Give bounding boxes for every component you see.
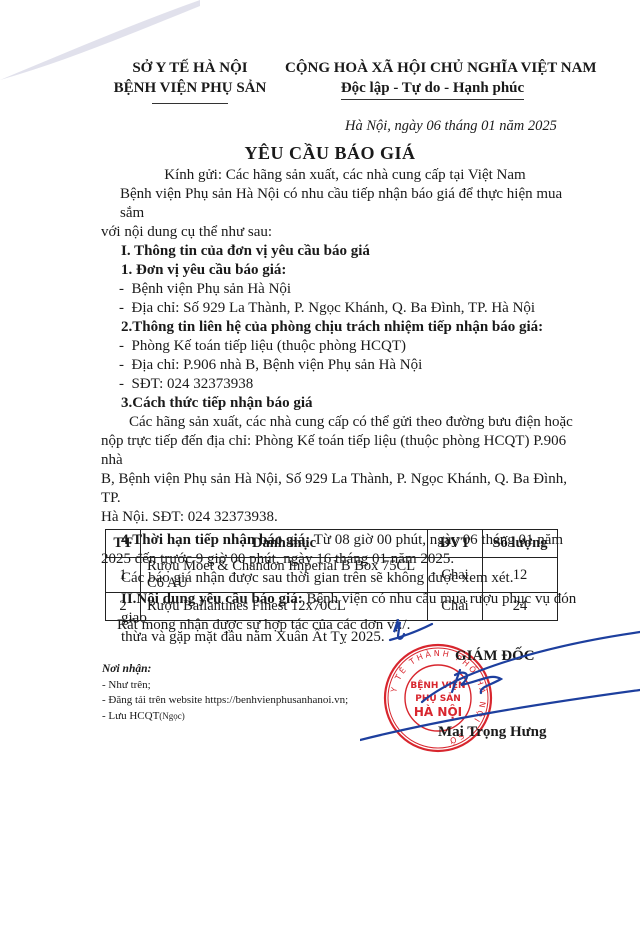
- table-row: 1 Rượu Moet & Chandon Imperial B Box 75C…: [106, 558, 558, 593]
- column-header-item: Danh mục: [141, 530, 428, 558]
- paragraph-line: nộp trực tiếp đến địa chỉ: Phòng Kế toán…: [101, 432, 579, 470]
- table-header-row: TT Danh mục ĐVT Số lượng: [106, 530, 558, 558]
- column-header-quantity: Số lượng: [483, 530, 558, 558]
- recipients-heading: Nơi nhận:: [102, 662, 348, 678]
- national-title: CỘNG HOÀ XÃ HỘI CHỦ NGHĨA VIỆT NAM: [285, 58, 580, 78]
- paragraph-line: Các hãng sản xuất, các nhà cung cấp có t…: [101, 413, 579, 432]
- intro-line: với nội dung cụ thể như sau:: [101, 223, 579, 242]
- recipients-block: Nơi nhận: - Như trên; - Đăng tải trên we…: [102, 662, 348, 724]
- document-title: YÊU CẦU BÁO GIÁ: [100, 143, 560, 164]
- signer-name: Mai Trọng Hưng: [438, 724, 546, 741]
- column-header-unit: ĐVT: [428, 530, 483, 558]
- cell-quantity: 12: [483, 558, 558, 593]
- subsection-1-heading: 1. Đơn vị yêu cầu báo giá:: [101, 261, 579, 280]
- paragraph-line: Hà Nội. SĐT: 024 32373938.: [101, 508, 579, 527]
- cell-unit: Chai: [428, 593, 483, 621]
- national-motto: Độc lập - Tự do - Hạnh phúc: [341, 78, 524, 100]
- svg-text:PHỤ SẢN: PHỤ SẢN: [415, 692, 461, 704]
- closing-line: Rất mong nhận được sự hợp tác của các đơ…: [117, 617, 410, 634]
- svg-text:BỆNH VIỆN: BỆNH VIỆN: [410, 680, 465, 691]
- issuer-hospital: BỆNH VIỆN PHỤ SẢN: [90, 78, 290, 98]
- column-header-tt: TT: [106, 530, 141, 558]
- list-item: - SĐT: 024 32373938: [101, 375, 579, 394]
- cell-unit: Chai: [428, 558, 483, 593]
- document-date: Hà Nội, ngày 06 tháng 01 năm 2025: [345, 118, 557, 135]
- header-underline: [152, 103, 228, 104]
- cell-item: Rượu Moet & Chandon Imperial B Box 75CL …: [141, 558, 428, 593]
- cell-tt: 1: [106, 558, 141, 593]
- list-item: - Địa chỉ: P.906 nhà B, Bệnh viện Phụ sả…: [101, 356, 579, 375]
- list-item: - Địa chỉ: Số 929 La Thành, P. Ngọc Khán…: [101, 299, 579, 318]
- issuer-department: SỞ Y TẾ HÀ NỘI: [90, 58, 290, 78]
- recipient-item: - Đăng tải trên website https://benhvien…: [102, 693, 348, 709]
- issuer-header: SỞ Y TẾ HÀ NỘI BỆNH VIỆN PHỤ SẢN: [90, 58, 290, 104]
- recipient-item: - Lưu HCQT(Ngọc): [102, 709, 348, 725]
- addressee: Kính gửi: Các hãng sản xuất, các nhà cun…: [101, 166, 579, 185]
- subsection-2-heading: 2.Thông tin liên hệ của phòng chịu trách…: [101, 318, 579, 337]
- cell-quantity: 24: [483, 593, 558, 621]
- list-item: - Bệnh viện Phụ sản Hà Nội: [101, 280, 579, 299]
- paragraph-line: B, Bệnh viện Phụ sản Hà Nội, Số 929 La T…: [101, 470, 579, 508]
- list-item: - Phòng Kế toán tiếp liệu (thuộc phòng H…: [101, 337, 579, 356]
- svg-text:HÀ NỘI: HÀ NỘI: [414, 704, 462, 719]
- items-table: TT Danh mục ĐVT Số lượng 1 Rượu Moet & C…: [105, 529, 558, 621]
- section-1-heading: I. Thông tin của đơn vị yêu cầu báo giá: [101, 242, 579, 261]
- national-header: CỘNG HOÀ XÃ HỘI CHỦ NGHĨA VIỆT NAM Độc l…: [285, 58, 580, 100]
- signer-role: GIÁM ĐỐC: [455, 648, 535, 665]
- intro-line: Bệnh viện Phụ sản Hà Nội có nhu cầu tiếp…: [101, 185, 579, 223]
- recipient-item: - Như trên;: [102, 678, 348, 694]
- subsection-3-heading: 3.Cách thức tiếp nhận báo giá: [101, 394, 579, 413]
